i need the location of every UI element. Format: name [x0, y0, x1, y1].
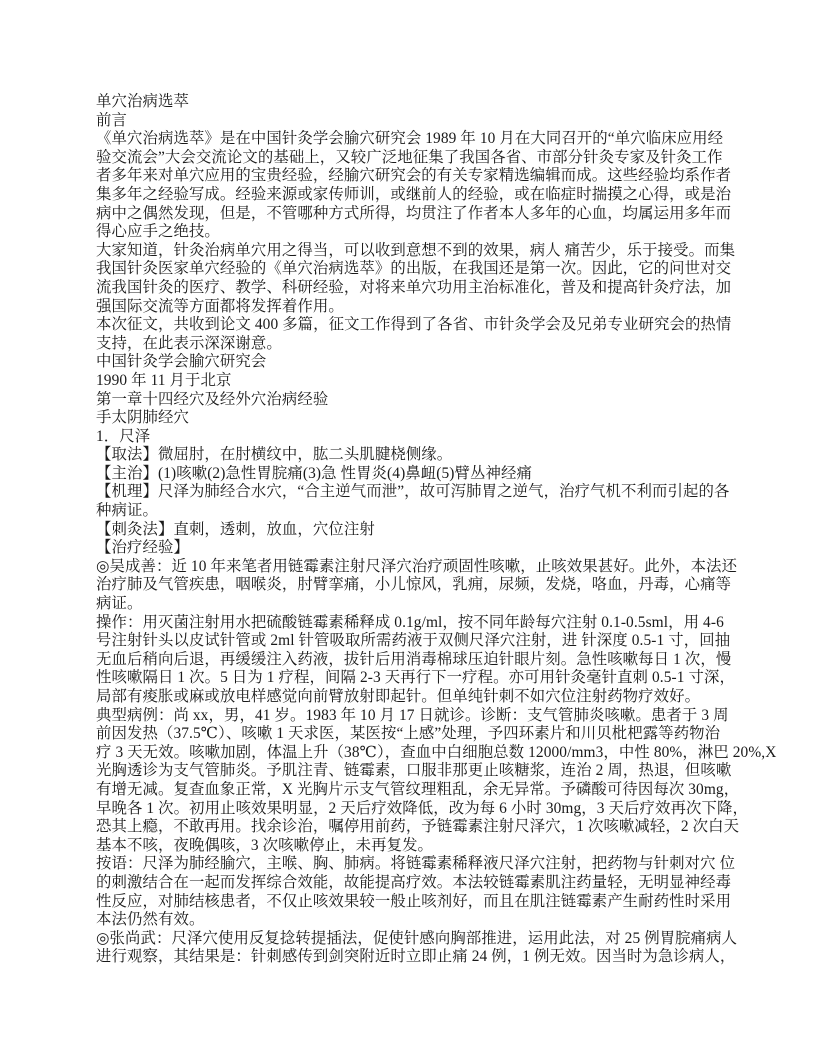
text-line: 大家知道，针灸治病单穴用之得当，可以收到意想不到的效果，病人 痛苦少，乐于接受。… [96, 242, 730, 261]
text-line: 单穴治病选萃 [96, 93, 730, 112]
text-line: 号注射针头以皮试针管或 2ml 针管吸取所需药液于双侧尺泽穴注射，进 针深度 0… [96, 632, 730, 651]
text-line: 【机理】尺泽为肺经合水穴，“合主逆气而泄”，故可泻肺胃之逆气，治疗气机不利而引起… [96, 483, 730, 502]
text-line: 基本不咳，夜晚偶咳，3 次咳嗽停止，未再复发。 [96, 837, 730, 856]
text-line: 性咳嗽隔日 1 次。5 日为 1 疗程，间隔 2-3 天再行下一疗程。亦可用针灸… [96, 669, 730, 688]
text-line: 无血后稍向后退，再缓缓注入药液，拔针后用消毒棉球压迫针眼片刻。急性咳嗽每日 1 … [96, 651, 730, 670]
text-line: 种病证。 [96, 502, 730, 521]
text-line: 中国针灸学会腧穴研究会 [96, 353, 730, 372]
text-line: 进行观察，其结果是：针刺感传到剑突附近时立即止痛 24 例，1 例无效。因当时为… [96, 948, 730, 967]
text-line: 病证。 [96, 595, 730, 614]
text-line: 流我国针灸的医疗、教学、科研经验，对将来单穴功用主治标准化，普及和提高针灸疗法，… [96, 279, 730, 298]
text-line: ◎吴成善：近 10 年来笔者用链霉素注射尺泽穴治疗顽固性咳嗽，止咳效果甚好。此外… [96, 558, 730, 577]
text-line: 操作：用灭菌注射用水把硫酸链霉素稀释成 0.1g/ml，按不同年龄每穴注射 0.… [96, 614, 730, 633]
text-line: 强国际交流等方面都将发挥着作用。 [96, 298, 730, 317]
text-line: 前因发热（37.5℃）、咳嗽 1 天求医，某医按“上感”处理，予四环素片和川贝枇… [96, 725, 730, 744]
text-line: ◎张尚武：尺泽穴使用反复捻转提插法，促使针感向胸部推进，运用此法，对 25 例胃… [96, 930, 730, 949]
text-line: 按语：尺泽为肺经腧穴，主喉、胸、肺病。将链霉素稀释液尺泽穴注射，把药物与针刺对穴… [96, 855, 730, 874]
text-line: 【主治】(1)咳嗽(2)急性胃脘痛(3)急 性胃炎(4)鼻衄(5)臂丛神经痛 [96, 465, 730, 484]
text-line: 恐其上瘾，不敢再用。找余诊治，嘱停用前药，予链霉素注射尺泽穴，1 次咳嗽减轻，2… [96, 818, 730, 837]
text-line: 者多年来对单穴应用的宝贵经验，经腧穴研究会的有关专家精选编辑而成。这些经验均系作… [96, 167, 730, 186]
text-line: 有增无减。复查血象正常，X 光胸片示支气管纹理粗乱，余无异常。予磷酸可待因每次 … [96, 781, 730, 800]
text-line: 疗 3 天无效。咳嗽加剧，体温上升（38℃），查血中白细胞总数 12000/mm… [96, 744, 730, 763]
text-line: 1．尺泽 [96, 428, 730, 447]
text-line: 验交流会”大会交流论文的基础上，又较广泛地征集了我国各省、市部分针灸专家及针灸工… [96, 149, 730, 168]
text-line: 本法仍然有效。 [96, 911, 730, 930]
text-line: 典型病例：尚 xx，男，41 岁。1983 年 10 月 17 日就诊。诊断：支… [96, 707, 730, 726]
document-text-block: 单穴治病选萃前言《单穴治病选萃》是在中国针灸学会腧穴研究会 1989 年 10 … [96, 93, 730, 967]
text-line: 《单穴治病选萃》是在中国针灸学会腧穴研究会 1989 年 10 月在大同召开的“… [96, 130, 730, 149]
text-line: 我国针灸医家单穴经验的《单穴治病选萃》的出版，在我国还是第一次。因此，它的问世对… [96, 260, 730, 279]
text-line: 前言 [96, 112, 730, 131]
text-line: 的刺激结合在一起而发挥综合效能，故能提高疗效。本法较链霉素肌注药量轻，无明显神经… [96, 874, 730, 893]
text-line: 集多年之经验写成。经验来源或家传师训，或继前人的经验，或在临症时揣摸之心得，或是… [96, 186, 730, 205]
text-line: 早晚各 1 次。初用止咳效果明显，2 天后疗效降低，改为每 6 小时 30mg，… [96, 800, 730, 819]
text-line: 【治疗经验】 [96, 539, 730, 558]
text-line: 1990 年 11 月于北京 [96, 372, 730, 391]
text-line: 得心应手之绝技。 [96, 223, 730, 242]
text-line: 光胸透诊为支气管肺炎。予肌注青、链霉素，口服非那更止咳糖浆，连治 2 周，热退，… [96, 762, 730, 781]
text-line: 治疗肺及气管疾患，咽喉炎，肘臂挛痛，小儿惊风，乳痈，尿频，发烧，咯血，丹毒，心痛… [96, 576, 730, 595]
text-line: 第一章十四经穴及经外穴治病经验 [96, 391, 730, 410]
document-page: 单穴治病选萃前言《单穴治病选萃》是在中国针灸学会腧穴研究会 1989 年 10 … [0, 0, 816, 1056]
text-line: 支持，在此表示深深谢意。 [96, 335, 730, 354]
text-line: 手太阴肺经穴 [96, 409, 730, 428]
text-line: 【刺灸法】直刺，透刺，放血，穴位注射 [96, 521, 730, 540]
text-line: 本次征文，共收到论文 400 多篇，征文工作得到了各省、市针灸学会及兄弟专业研究… [96, 316, 730, 335]
text-line: 性反应，对肺结核患者，不仅止咳效果较一般止咳剂好，而且在肌注链霉素产生耐药性时采… [96, 893, 730, 912]
text-line: 局部有痠胀或麻或放电样感觉向前臂放射即起针。但单纯针刺不如穴位注射药物疗效好。 [96, 688, 730, 707]
text-line: 病中之偶然发现，但是，不管哪种方式所得，均贯注了作者本人多年的心血，均属运用多年… [96, 205, 730, 224]
text-line: 【取法】微屈肘，在肘横纹中，肱二头肌腱桡侧缘。 [96, 446, 730, 465]
